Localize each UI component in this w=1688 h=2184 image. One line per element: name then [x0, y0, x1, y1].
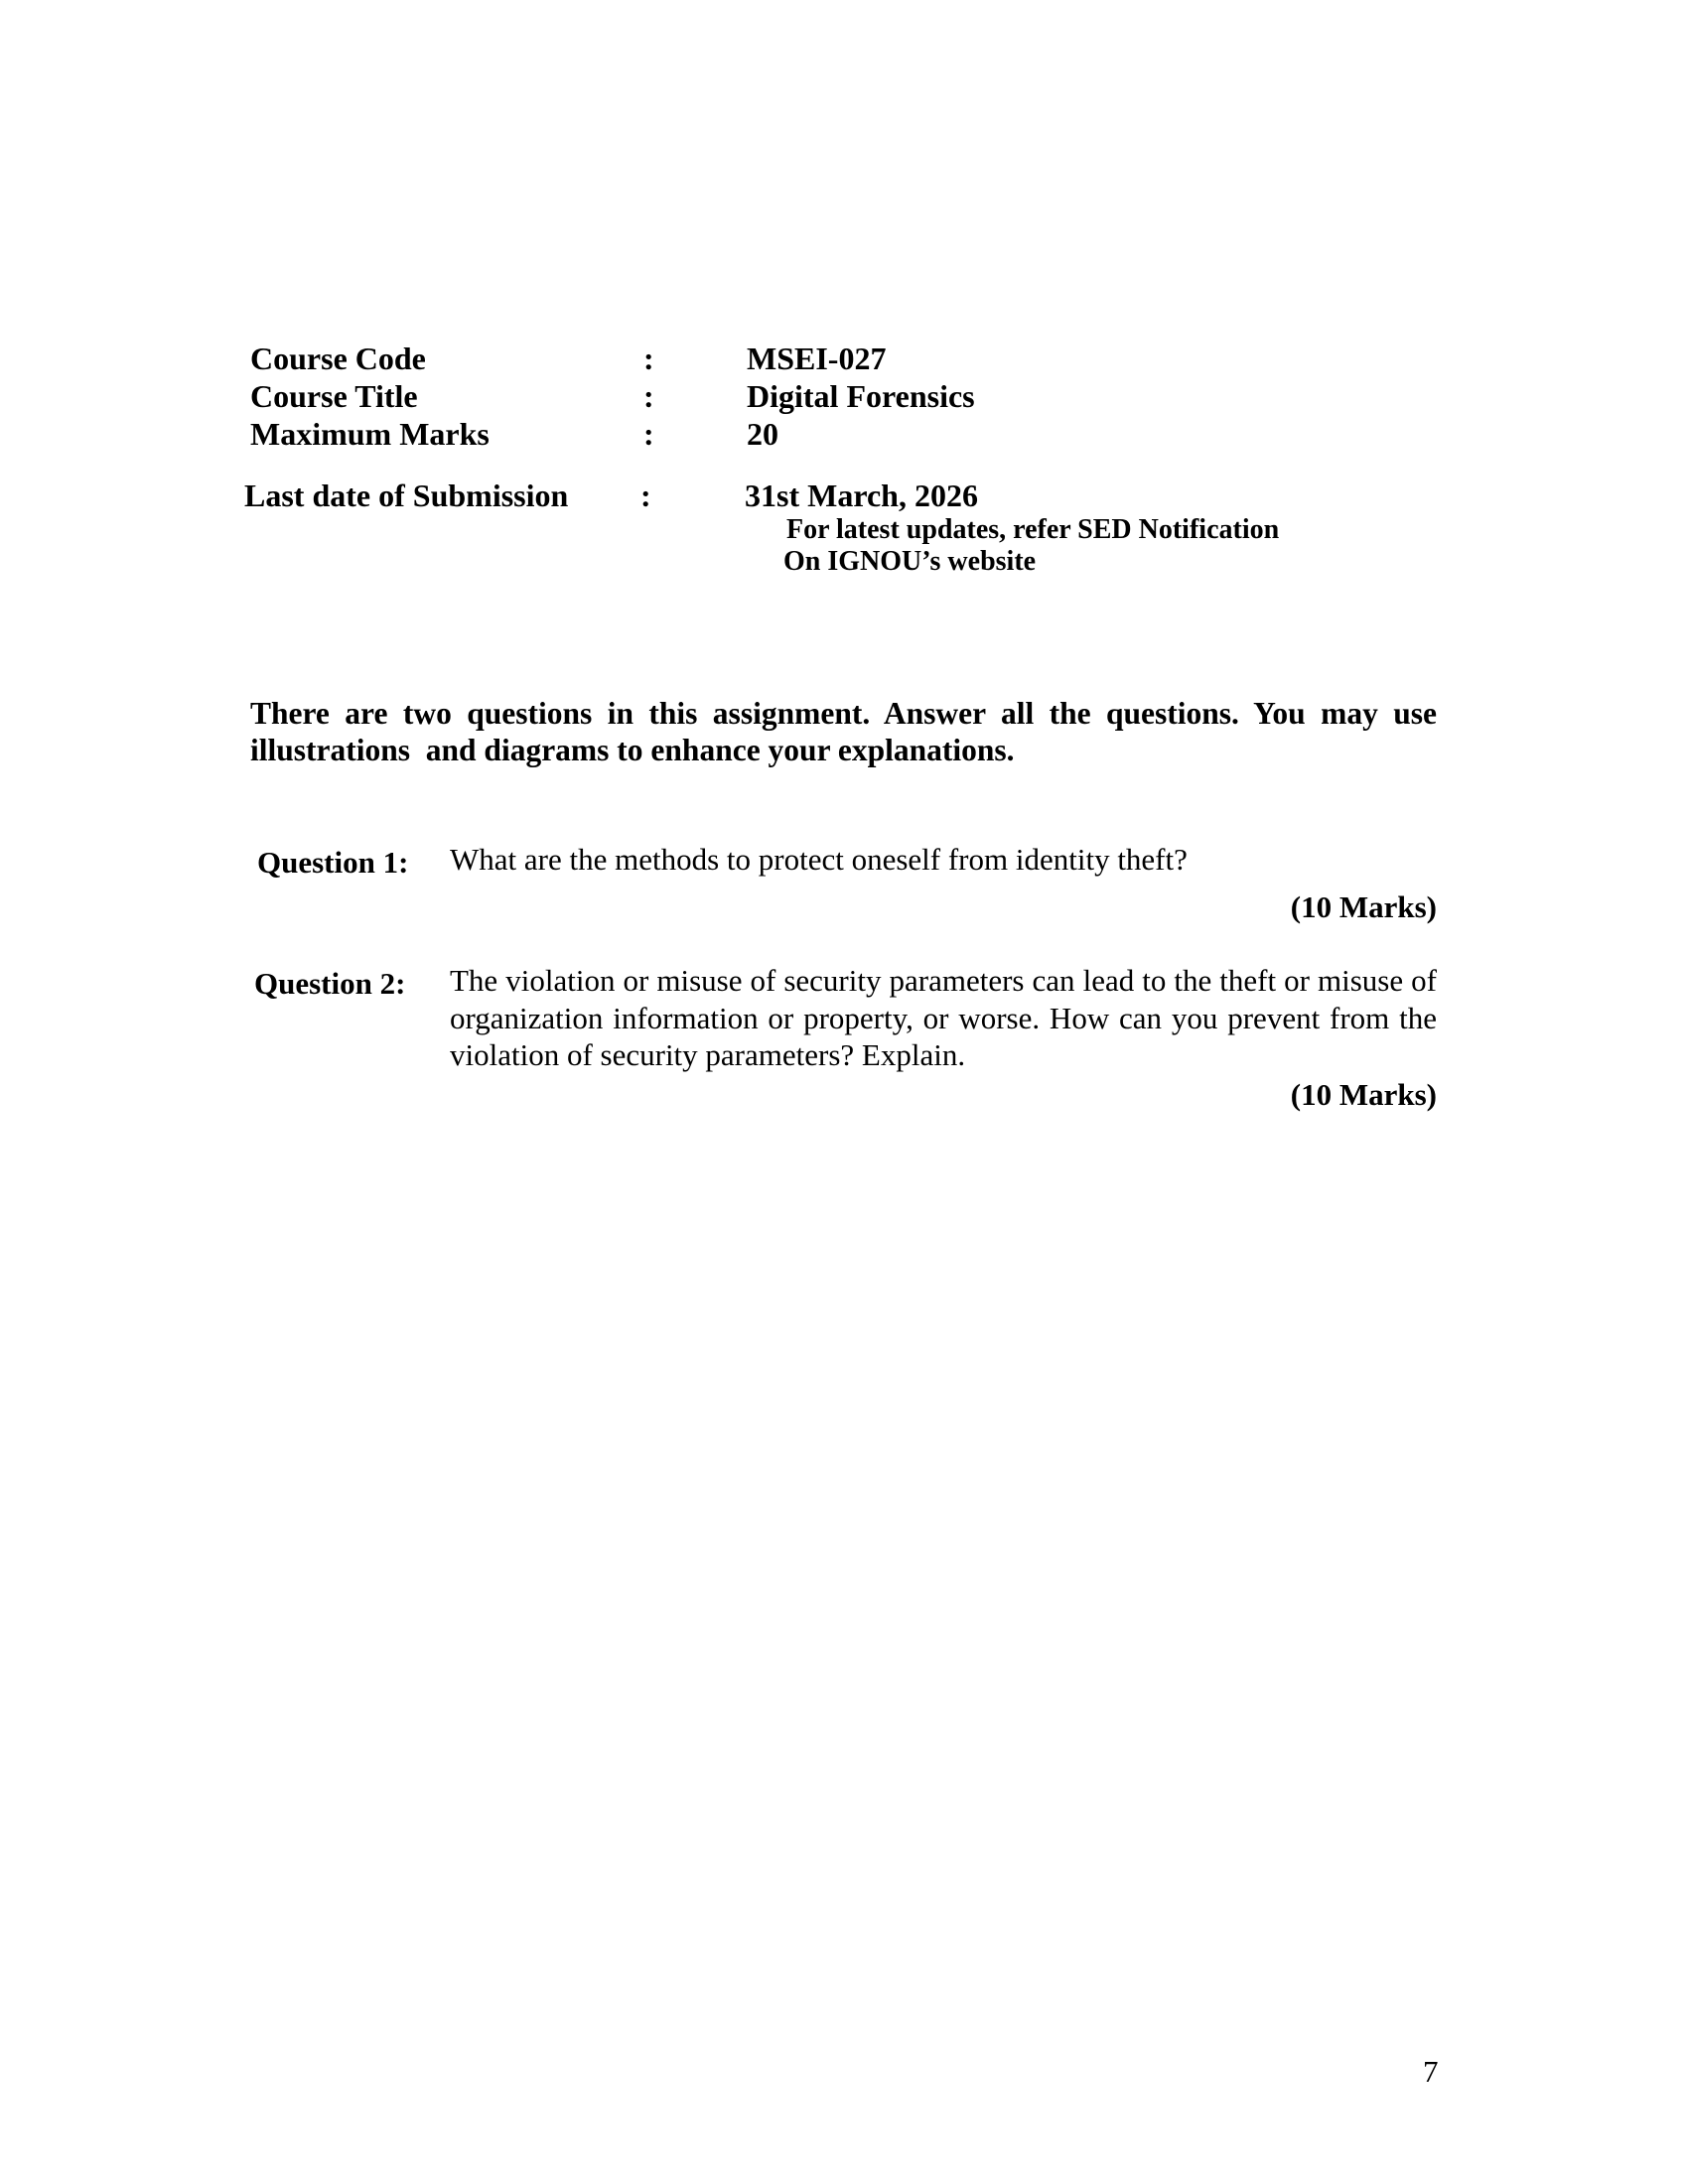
page-number: 7: [1423, 2056, 1439, 2087]
question-2-text: The violation or misuse of security para…: [450, 962, 1437, 1074]
question-1-marks: (10 Marks): [1291, 891, 1437, 922]
question-1-label: Question 1:: [257, 847, 408, 878]
question-2-marks: (10 Marks): [1291, 1079, 1437, 1110]
question-1-text: What are the methods to protect oneself …: [450, 841, 1437, 879]
course-title-separator: :: [643, 380, 654, 412]
course-code-separator: :: [643, 342, 654, 374]
maximum-marks-label: Maximum Marks: [250, 418, 490, 450]
course-code-value: MSEI-027: [747, 342, 886, 374]
question-2-label: Question 2:: [254, 968, 405, 999]
assignment-instructions: There are two questions in this assignme…: [250, 695, 1437, 768]
submission-date-value: 31st March, 2026: [745, 479, 978, 511]
submission-note-line2: On IGNOU’s website: [783, 548, 1036, 576]
submission-date-separator: :: [640, 479, 651, 511]
maximum-marks-separator: :: [643, 418, 654, 450]
submission-date-label: Last date of Submission: [244, 479, 568, 511]
course-title-value: Digital Forensics: [747, 380, 975, 412]
course-title-label: Course Title: [250, 380, 418, 412]
submission-note-line1: For latest updates, refer SED Notificati…: [786, 516, 1279, 544]
course-code-label: Course Code: [250, 342, 426, 374]
maximum-marks-value: 20: [747, 418, 778, 450]
